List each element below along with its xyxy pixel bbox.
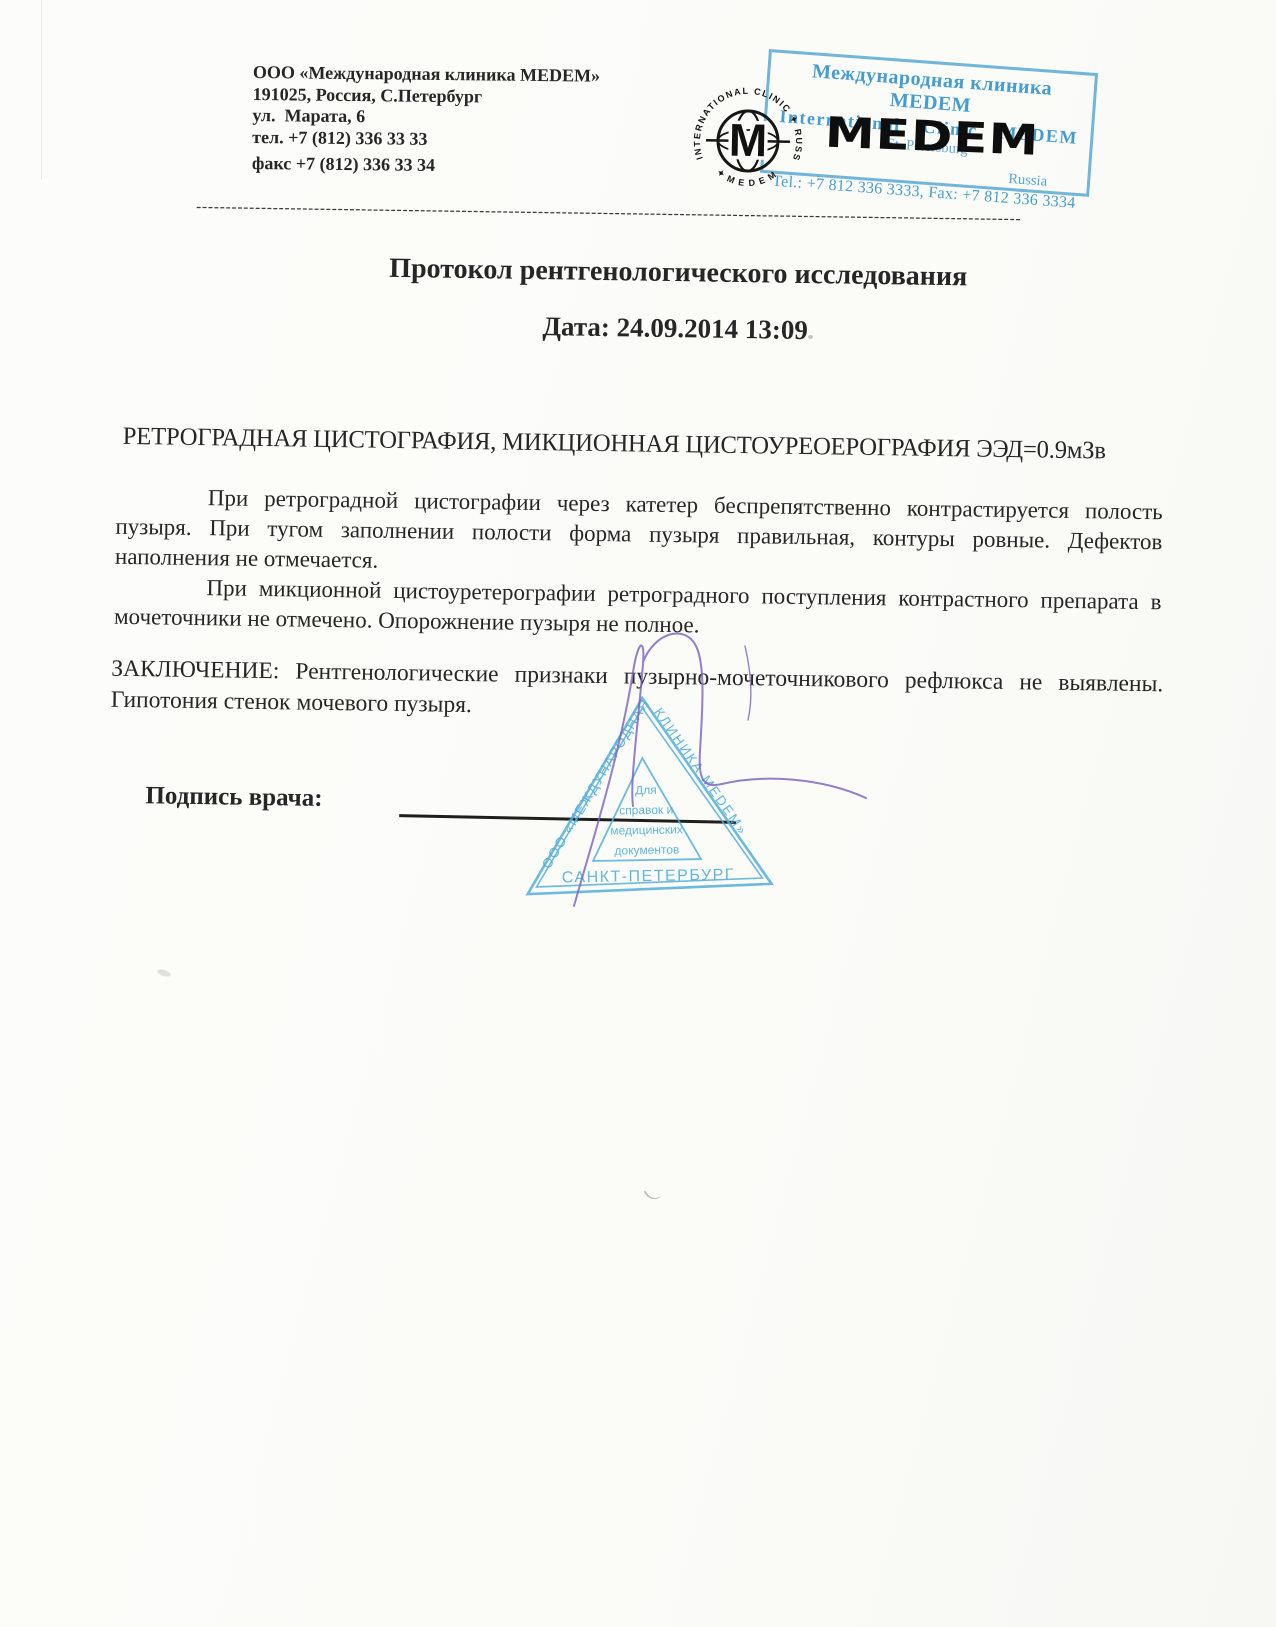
study-heading: РЕТРОГРАДНАЯ ЦИСТОГРАФИЯ, МИКЦИОННАЯ ЦИС…: [123, 423, 1106, 466]
doctor-signature: [518, 614, 888, 924]
scan-speck: [808, 335, 813, 339]
document-date: Дата: 24.09.2014 13:09: [542, 311, 808, 346]
document-title: Протокол рентгенологического исследовани…: [389, 253, 967, 294]
logo-center-letter: M: [728, 114, 767, 167]
medem-globe-logo-icon: INTERNATIONAL CLINIC ✦ RUSSIA ✦ M E D E …: [689, 82, 807, 200]
findings-paragraph-1: При ретроградной цистографии через катет…: [115, 482, 1163, 588]
signature-label: Подпись врача:: [145, 782, 322, 813]
medem-wordmark: MEDEM: [824, 108, 1040, 165]
scanned-document-page: ООО «Международная клиника MEDEM» 191025…: [0, 0, 1276, 1627]
